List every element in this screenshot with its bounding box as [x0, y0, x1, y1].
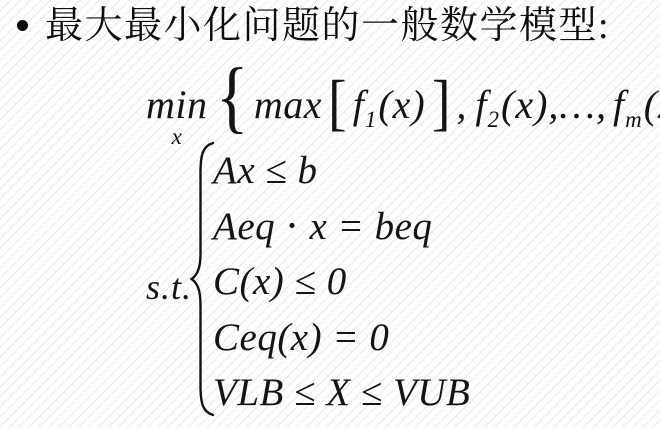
function-argument: (x)	[378, 81, 425, 128]
open-brace-delimiter: {	[215, 57, 248, 137]
bullet-list-item: 最大最小化问题的一般数学模型:	[17, 3, 610, 51]
bullet-icon	[17, 20, 28, 31]
function-symbol: f	[613, 81, 624, 128]
min-operator: min x	[146, 85, 208, 145]
comma-separator: ,	[456, 81, 466, 128]
max-operator: max	[254, 81, 322, 128]
page-title: 最大最小化问题的一般数学模型:	[45, 3, 610, 51]
constraints-list: Ax ≤ b Aeq ⋅ x = beq C(x) ≤ 0 Ceq(x) = 0…	[213, 143, 470, 421]
function-term-2: f 2 (x)	[475, 81, 548, 128]
function-argument: (x)	[501, 81, 548, 128]
constraint-row: VLB ≤ X ≤ VUB	[213, 365, 470, 421]
subject-to-label: s.t.	[146, 266, 192, 308]
constraint-row: C(x) ≤ 0	[213, 254, 470, 310]
slide: 最大最小化问题的一般数学模型: min x { max [ f 1 (x) ] …	[0, 0, 660, 428]
function-subscript: m	[625, 107, 642, 133]
function-subscript: 1	[365, 107, 377, 133]
min-subscript: x	[172, 128, 182, 145]
function-symbol: f	[353, 81, 364, 128]
function-symbol: f	[475, 81, 486, 128]
objective-formula: min x { max [ f 1 (x) ] , f 2 (x) ,…, f …	[146, 52, 660, 145]
constraint-row: Aeq ⋅ x = beq	[213, 199, 470, 255]
min-label: min	[146, 85, 208, 125]
constraint-row: Ceq(x) = 0	[213, 310, 470, 366]
function-term-m: f m (x)	[613, 81, 660, 128]
ellipsis: ,…,	[548, 81, 607, 128]
open-bracket-delimiter: [	[328, 72, 347, 134]
function-subscript: 2	[488, 107, 500, 133]
function-term-1: f 1 (x)	[353, 81, 426, 128]
close-bracket-delimiter: ]	[432, 72, 451, 134]
function-argument: (x)	[644, 81, 660, 128]
constraint-row: Ax ≤ b	[213, 143, 470, 199]
